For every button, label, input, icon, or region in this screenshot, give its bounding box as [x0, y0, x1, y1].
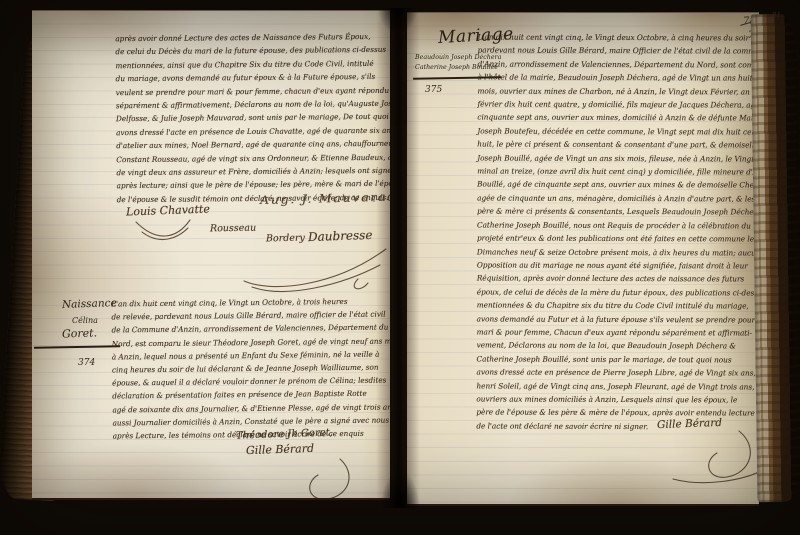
signature-flourish	[238, 241, 390, 297]
signature-rousseau: Rousseau	[210, 223, 256, 235]
signature-bordery: Bordery	[266, 233, 305, 245]
left-page: après avoir donné Lecture des actes de N…	[32, 10, 390, 500]
manuscript-line: ouvriers aux mines domiciliés à Anzin, L…	[476, 392, 752, 406]
manuscript-line: projeté entr'eux & dont les publications…	[477, 232, 753, 246]
manuscript-line: père & mère ci présents & consentants, L…	[477, 205, 753, 219]
manuscript-line: mentionnées & du Chapitre six du titre d…	[477, 299, 753, 313]
signature-flourish	[665, 429, 759, 485]
manuscript-line: d'Anzin, arrondissement de Valenciennes,…	[478, 57, 754, 71]
manuscript-line: agée de cinquante un ans, ménagère, domi…	[477, 191, 753, 205]
adjacent-page-number: 81.	[772, 11, 783, 19]
right-page: 78 79 Mariage Beaudouin Joseph Déchera C…	[407, 12, 759, 506]
record-birth-text: L'an dix huit cent vingt cinq, le Vingt …	[111, 295, 389, 443]
manuscript-line: Dimanches neuf & seize Octobre présent m…	[477, 245, 753, 259]
manuscript-line: Bouillé, agé de cinquante sept ans, ouvr…	[477, 178, 753, 192]
signature-gille-berard: Gille Bérard	[657, 417, 722, 431]
signature-gille-berard: Gille Bérard	[246, 442, 314, 457]
signature-daubresse: Daubresse	[308, 228, 373, 244]
manuscript-line: minal an treize, (onze avril dix huit ce…	[477, 165, 753, 179]
manuscript-line: Opposition au dit mariage ne nous ayant …	[477, 258, 753, 272]
record-marriage-end-text: après avoir donné Lecture des actes de N…	[115, 30, 390, 207]
manuscript-line: avons dressé acte en présence de Pierre …	[476, 366, 752, 380]
manuscript-line: Catherine Joseph Bouillé, nous ont Requi…	[477, 218, 753, 232]
manuscript-line: avons demandé au Futur et à la future ép…	[477, 312, 753, 326]
margin-child-first-name: Célina	[72, 316, 98, 325]
manuscript-line: époux, de celui de décès de la mère du f…	[477, 285, 753, 299]
manuscript-line: Catherine Joseph Bouillé, sont unis par …	[477, 352, 753, 366]
margin-record-type: Naissance	[62, 297, 117, 311]
manuscript-line: mari & pour femme, Chacun d'eux ayant ré…	[477, 325, 753, 339]
manuscript-line: Réquisition, après avoir donné lecture d…	[477, 272, 753, 286]
margin-act-number: 375	[425, 85, 442, 95]
manuscript-line: à l'hôtel de la mairie, Beaudouin Joseph…	[478, 71, 754, 85]
manuscript-line: Joseph Boutefeu, décédée en cette commun…	[477, 124, 753, 138]
manuscript-line: Joseph Bouillé, agée de Vingt un ans six…	[477, 151, 753, 165]
manuscript-line: huit, le père ci présent & consentant & …	[477, 138, 753, 152]
signature-flourish	[278, 457, 364, 500]
manuscript-line: pardevant nous Louis Gille Bérard, maire…	[478, 44, 754, 58]
manuscript-line: mois, ouvrier aux mines de Charbon, né à…	[477, 84, 753, 98]
register-book-photo: après avoir donné Lecture des actes de N…	[0, 0, 800, 535]
manuscript-line: henri Soleil, agé de Vingt cinq ans, Jos…	[476, 379, 752, 393]
record-marriage-text: L'an dix huit cent vingt cinq, le Vingt …	[476, 31, 759, 434]
margin-rule	[34, 345, 120, 349]
signature-louis-chavatte: Louis Chavatte	[126, 203, 210, 219]
manuscript-line: cinquante sept ans, ouvrier aux mines, d…	[477, 111, 753, 125]
manuscript-line: vement, Déclarons au nom de la loi, que …	[477, 339, 753, 353]
margin-act-number: 374	[78, 358, 95, 368]
manuscript-line: L'an dix huit cent vingt cinq, le Vingt …	[478, 31, 754, 45]
signature-mauvarad: Aug. J. Mauvarad	[260, 189, 390, 207]
signature-flourish	[132, 216, 194, 244]
margin-child-last-name: Goret.	[62, 326, 98, 340]
manuscript-line: février dix huit cent quatre, y domicili…	[477, 98, 753, 112]
book-fore-edge-right	[751, 14, 800, 503]
